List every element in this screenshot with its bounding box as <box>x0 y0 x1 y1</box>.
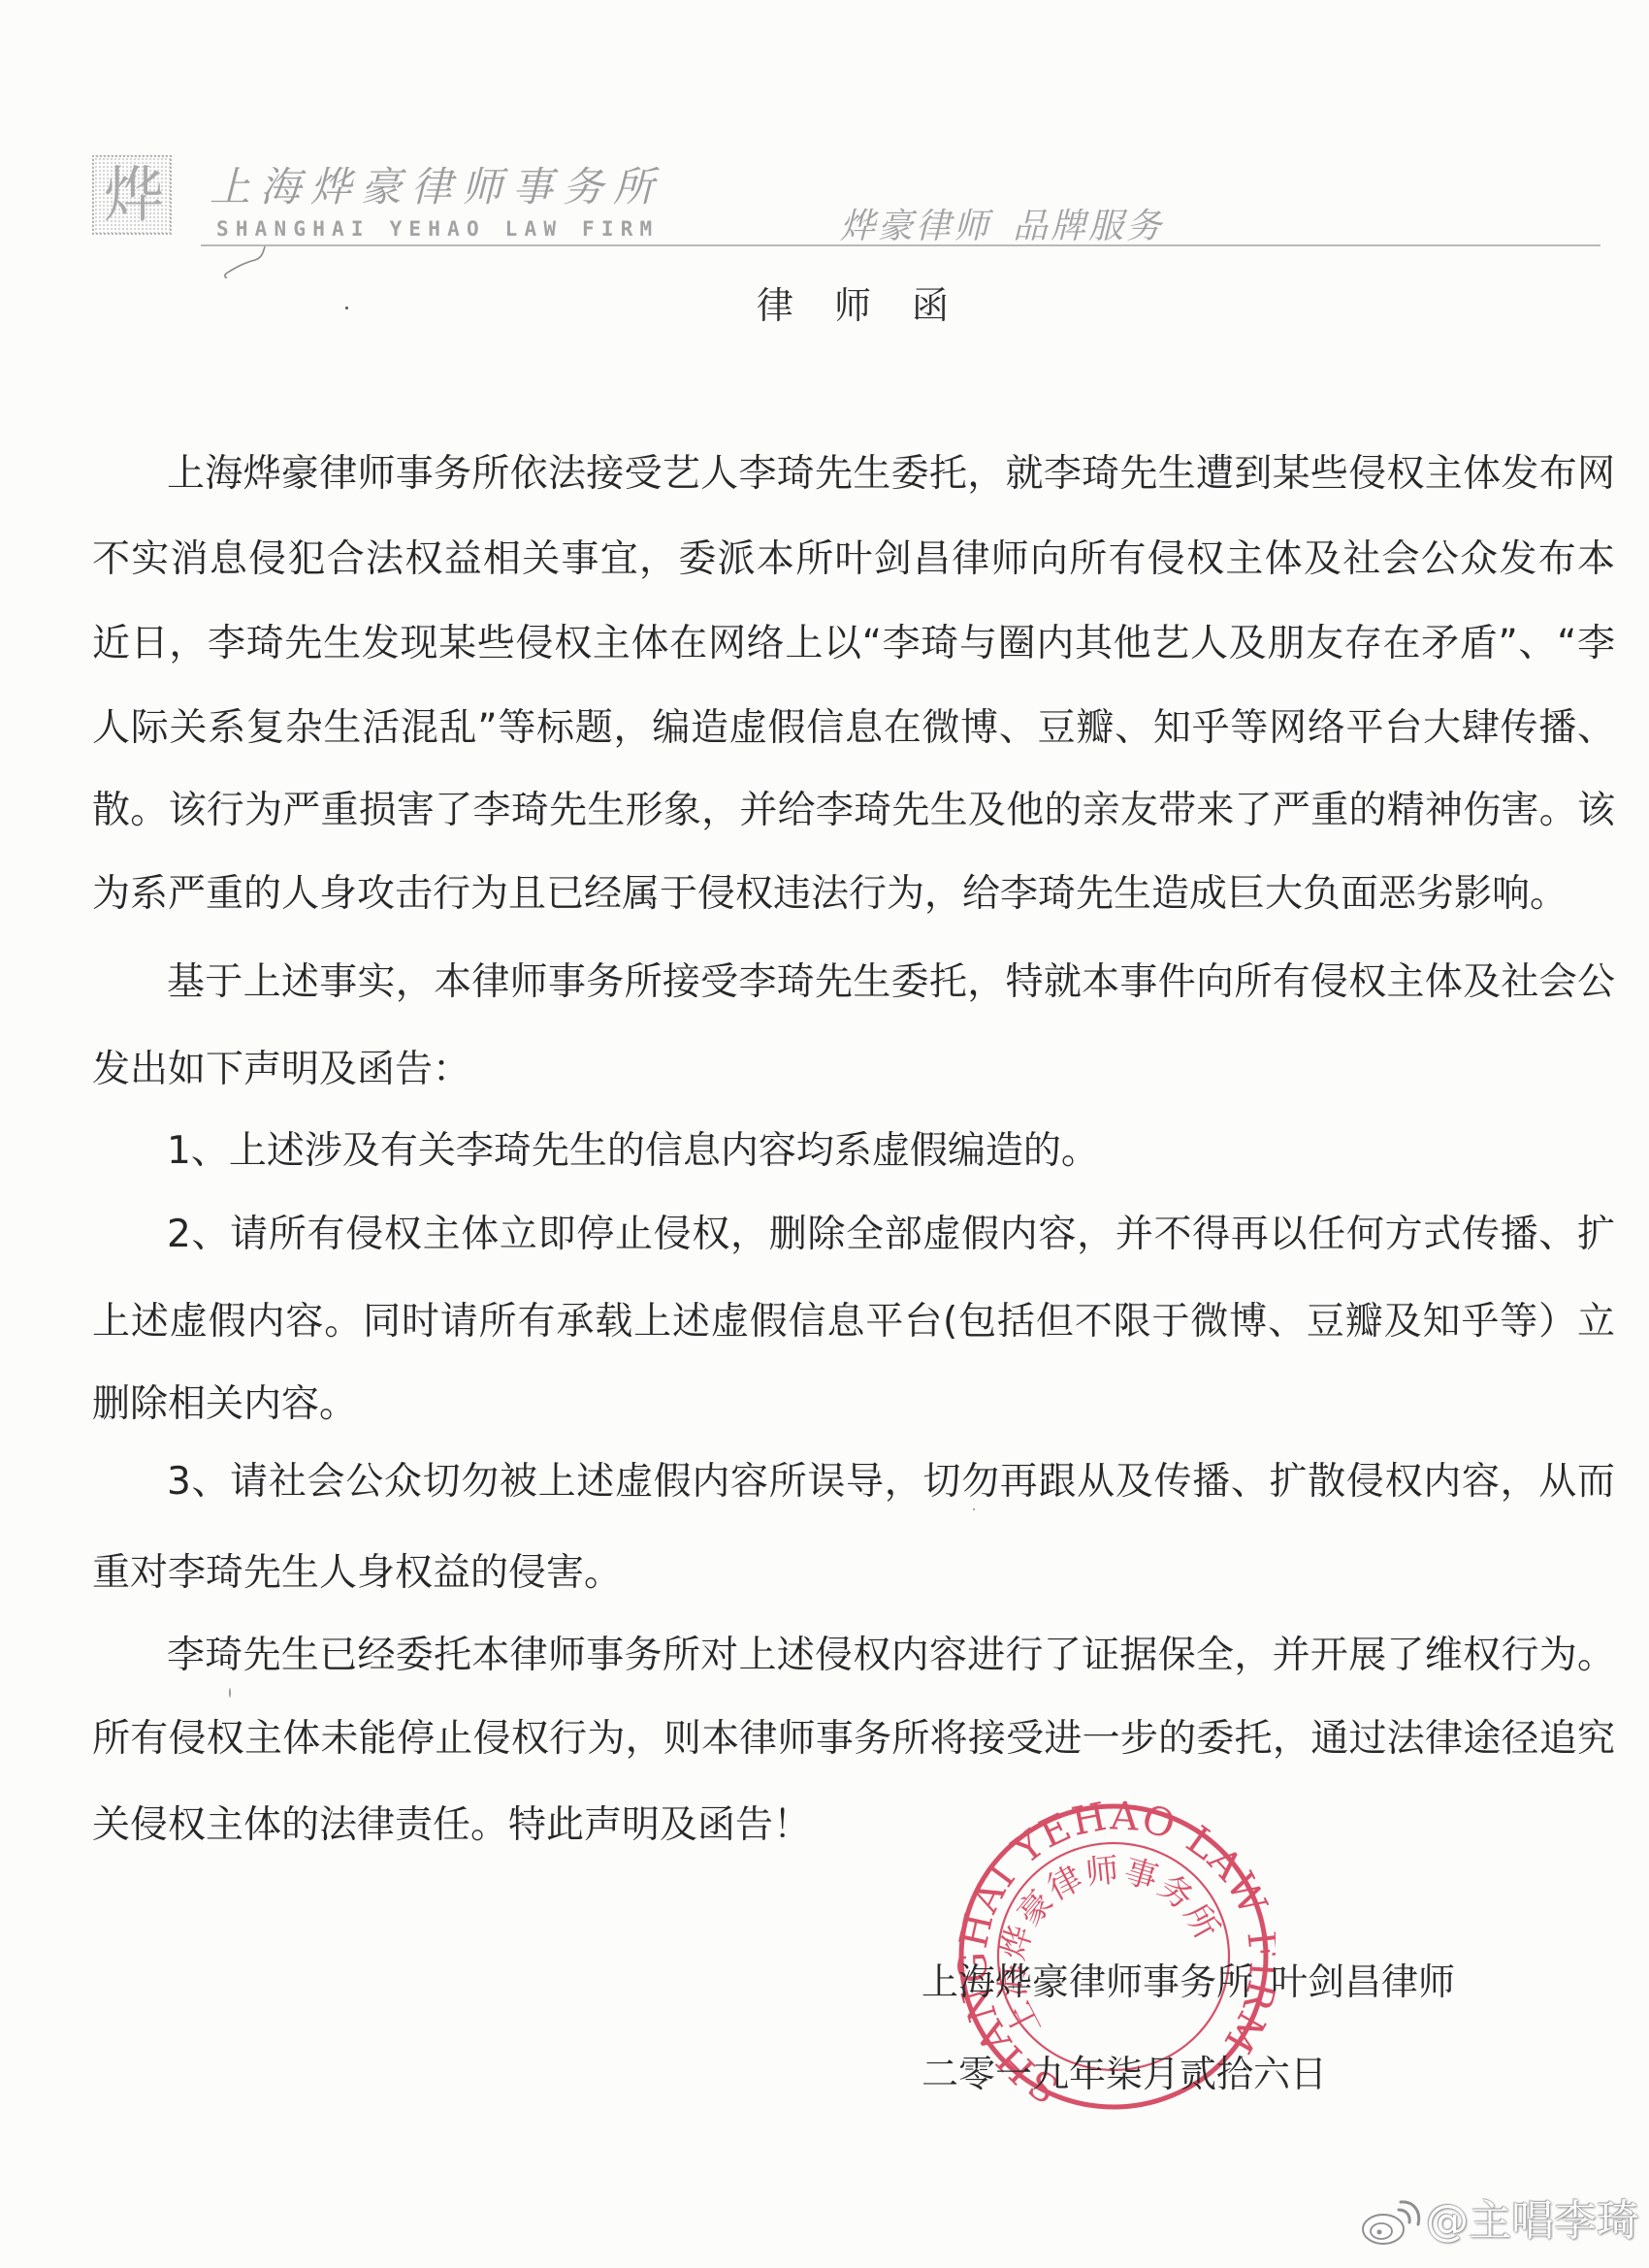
scan-speck <box>973 1508 975 1510</box>
firm-logo: 烨 <box>92 155 172 235</box>
body-line-6: 为系严重的人身攻击行为且已经属于侵权违法行为，给李琦先生造成巨大负面恶劣影响。 <box>92 872 1568 917</box>
firm-name-chinese: 上海烨豪律师事务所 <box>210 163 663 211</box>
scan-speck <box>229 1688 231 1698</box>
letterhead-slogan: 烨豪律师品牌服务 <box>840 208 1164 246</box>
body-line-2: 不实消息侵犯合法权益相关事宜，委派本所叶剑昌律师向所有侵权主体及社会公众发布本函… <box>92 537 1615 582</box>
statement-item-1: 1、上述涉及有关李琦先生的信息内容均系虚假编造的。 <box>167 1129 1099 1174</box>
weibo-icon <box>1360 2198 1424 2247</box>
body-line-5: 散。该行为严重损害了李琦先生形象，并给李琦先生及他的亲友带来了严重的精神伤害。该… <box>92 789 1615 833</box>
signature-line: 上海烨豪律师事务所叶剑昌律师 <box>921 1960 1455 2004</box>
pen-mark-icon <box>218 244 276 283</box>
letterhead-divider <box>201 244 1600 246</box>
signature-lawyer: 叶剑昌律师 <box>1271 1960 1455 2003</box>
closing-line-1: 李琦先生已经委托本律师事务所对上述侵权内容进行了证据保全，并开展了维权行为。如 <box>167 1634 1615 1678</box>
signature-date: 二零一九年柒月贰拾六日 <box>921 2052 1327 2096</box>
scan-speck <box>345 307 348 309</box>
statement-item-3-line-2: 重对李琦先生人身权益的侵害。 <box>92 1551 622 1596</box>
firm-name-english: SHANGHAI YEHAO LAW FIRM <box>216 217 659 241</box>
statement-item-2-line-1: 2、请所有侵权主体立即停止侵权，删除全部虚假内容，并不得再以任何方式传播、扩散 <box>167 1213 1615 1257</box>
weibo-watermark-text: @主唱李琦 <box>1426 2196 1639 2247</box>
statement-item-2-line-3: 删除相关内容。 <box>92 1382 357 1427</box>
signature-firm: 上海烨豪律师事务所 <box>921 1960 1253 2003</box>
statement-item-2-line-2: 上述虚假内容。同时请所有承载上述虚假信息平台(包括但不限于微博、豆瓣及知乎等）立… <box>92 1300 1615 1345</box>
slogan-part-2: 品牌服务 <box>1013 207 1164 246</box>
body-line-1: 上海烨豪律师事务所依法接受艺人李琦先生委托，就李琦先生遭到某些侵权主体发布网络 <box>167 452 1615 497</box>
body-line-4: 人际关系复杂生活混乱”等标题，编造虚假信息在微博、豆瓣、知乎等网络平台大肆传播、… <box>92 706 1615 751</box>
closing-line-3: 关侵权主体的法律责任。特此声明及函告！ <box>92 1803 811 1848</box>
slogan-part-1: 烨豪律师 <box>840 207 991 246</box>
document-title: 律师函 <box>757 285 951 326</box>
body-line-7: 基于上述事实，本律师事务所接受李琦先生委托，特就本事件向所有侵权主体及社会公众 <box>167 960 1615 1005</box>
closing-line-2: 所有侵权主体未能停止侵权行为，则本律师事务所将接受进一步的委托，通过法律途径追究… <box>92 1717 1615 1762</box>
logo-glyph: 烨 <box>94 157 170 233</box>
body-line-8: 发出如下声明及函告： <box>92 1048 470 1092</box>
statement-item-3-line-1: 3、请社会公众切勿被上述虚假内容所误导，切勿再跟从及传播、扩散侵权内容，从而加 <box>167 1460 1615 1505</box>
body-line-3: 近日，李琦先生发现某些侵权主体在网络上以“李琦与圈内其他艺人及朋友存在矛盾”、“… <box>92 622 1615 666</box>
